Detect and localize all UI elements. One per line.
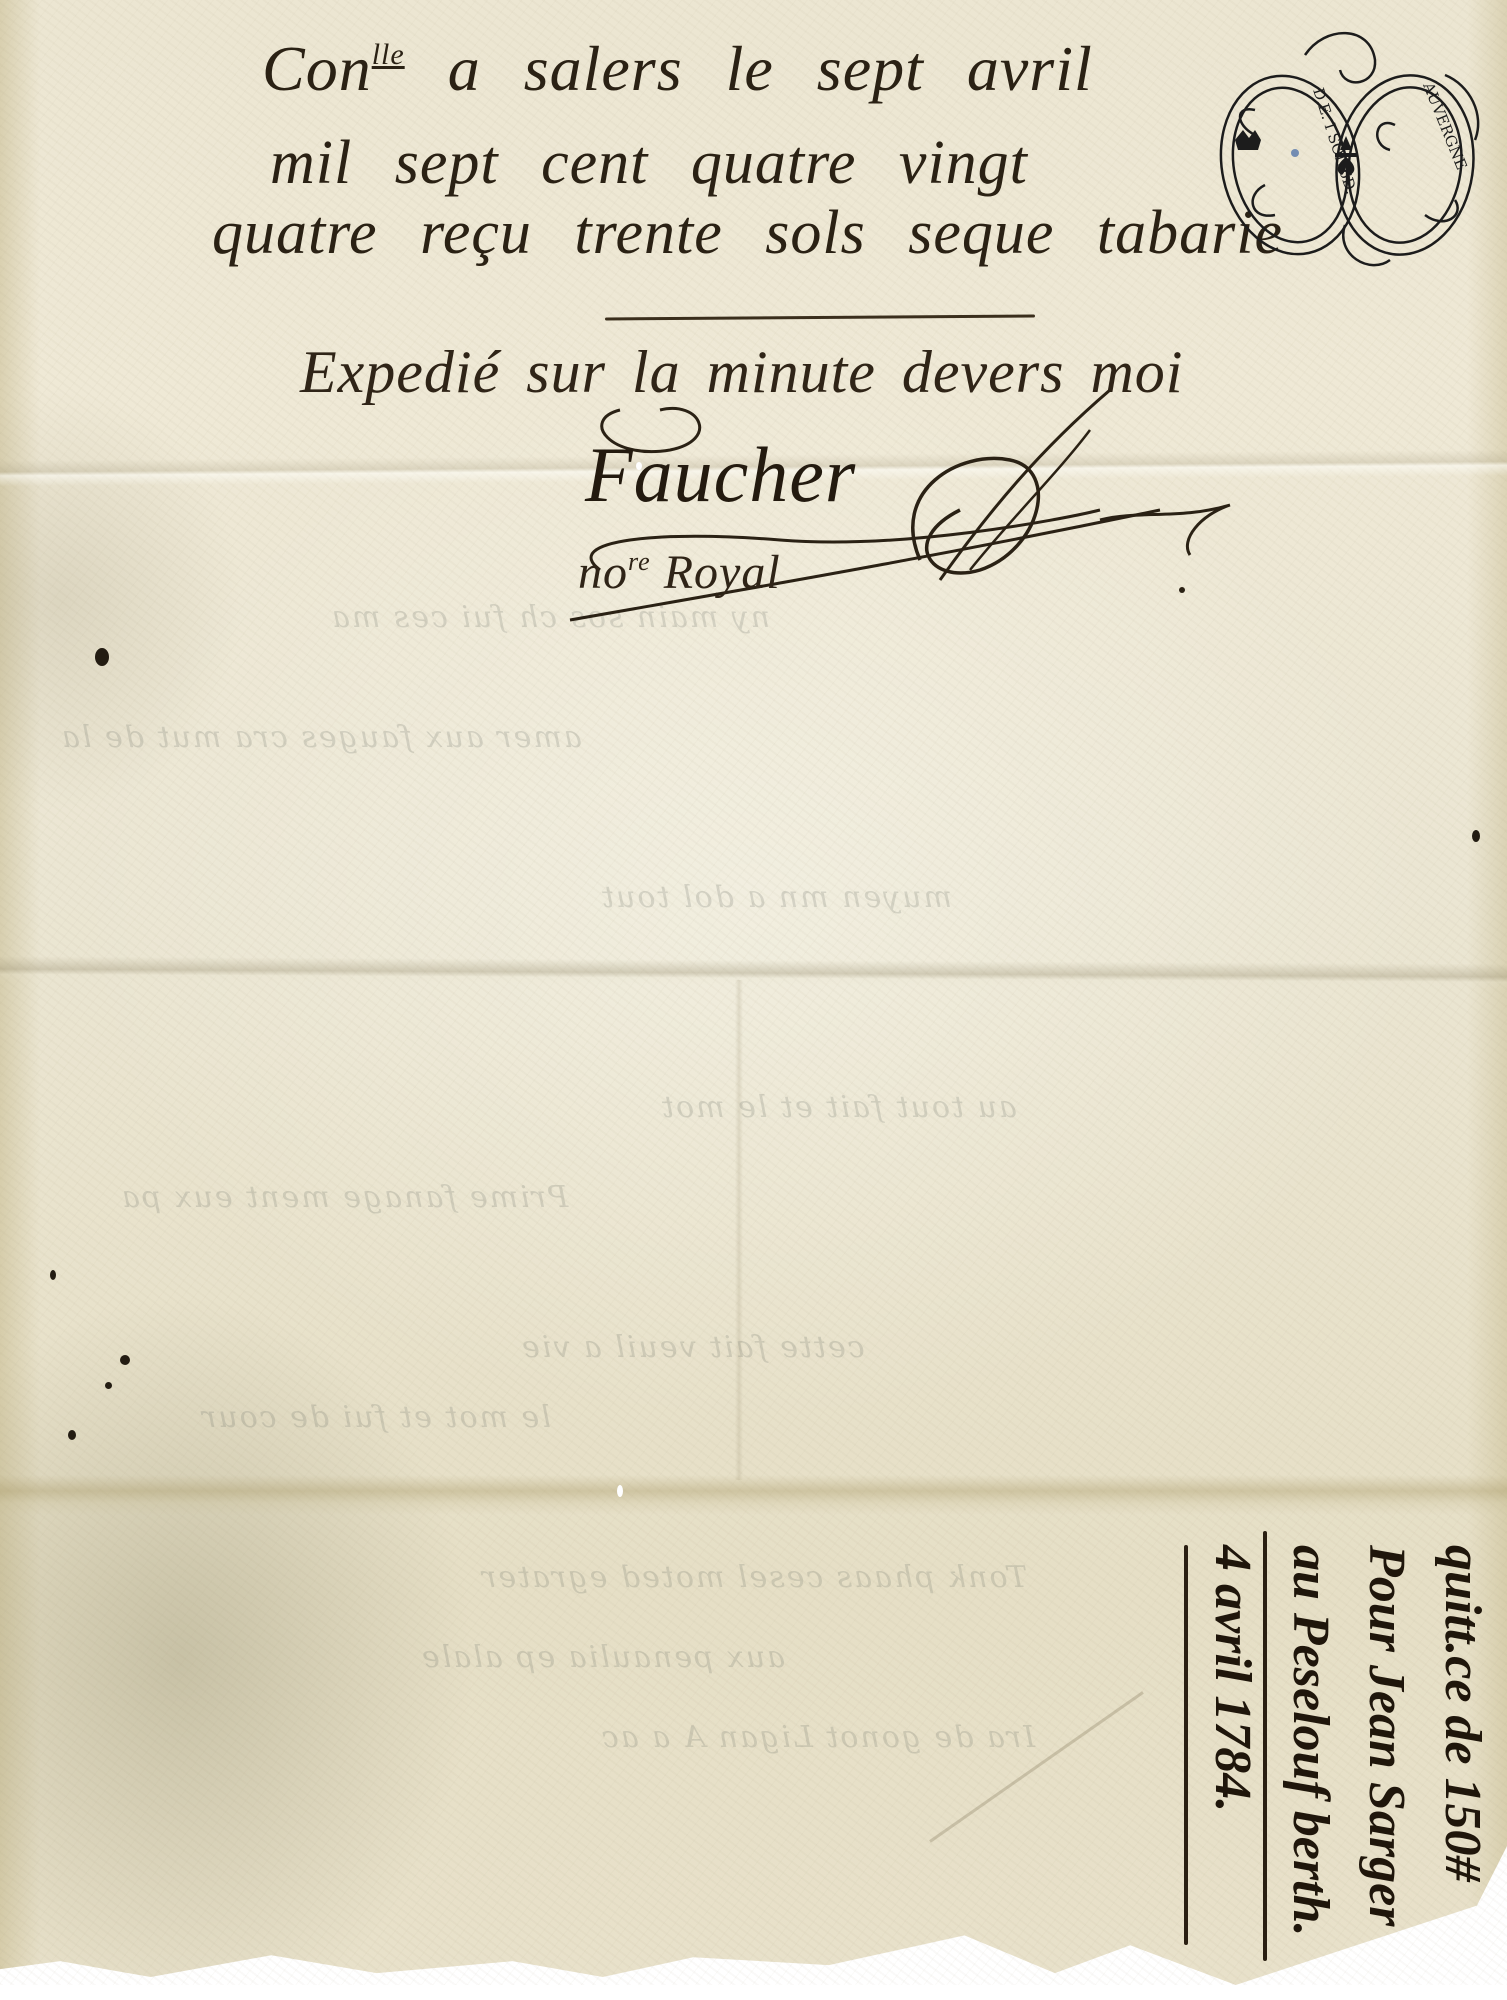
text-line-3: quatre reçu trente sols seque tabarie — [212, 198, 1283, 269]
text-line-1-rest: a salers le sept avril — [405, 33, 1093, 104]
annotation-line-3: au Peselouf berth. — [1281, 1545, 1340, 1936]
ink-spot — [50, 1270, 56, 1280]
title-superscript: re — [628, 547, 651, 576]
title-royal: Royal — [651, 546, 781, 599]
margin-annotation-rotated: quitt.ce de 150# Pour Jean Sarger au Pes… — [1160, 1525, 1500, 1995]
annotation-rule-2 — [1184, 1545, 1188, 1945]
ink-spot — [1472, 830, 1480, 842]
title-prefix: no — [578, 546, 628, 599]
text-line-1: Conlle a salers le sept avril — [262, 32, 1093, 106]
word-controlle-prefix: Con — [262, 33, 372, 104]
ink-spot — [105, 1382, 112, 1389]
notary-title: nore Royal — [578, 545, 781, 600]
ink-spot — [95, 648, 109, 666]
annotation-line-1: quitt.ce de 150# — [1433, 1545, 1492, 1882]
annotation-rule-1 — [1263, 1531, 1267, 1961]
signature-faucher: Faucher — [585, 430, 856, 520]
text-line-2: mil sept cent quatre vingt — [270, 128, 1028, 199]
annotation-line-4: 4 avril 1784. — [1203, 1545, 1262, 1812]
margin-annotation: quitt.ce de 150# Pour Jean Sarger au Pes… — [1160, 1525, 1500, 1995]
superscript-abbrev: lle — [372, 38, 405, 71]
ink-spot — [120, 1355, 130, 1365]
stamp-right-text: AUVERGNE — [1419, 79, 1471, 173]
annotation-line-2: Pour Jean Sarger — [1357, 1545, 1416, 1926]
pin-hole — [636, 462, 642, 470]
pin-hole — [617, 1485, 623, 1497]
auvergne-tax-stamp-icon: D.E. I SOL 6D. AUVERGNE — [1195, 15, 1495, 285]
ink-spot — [68, 1430, 76, 1440]
text-line-expedie: Expedié sur la minute devers moi — [300, 338, 1183, 407]
